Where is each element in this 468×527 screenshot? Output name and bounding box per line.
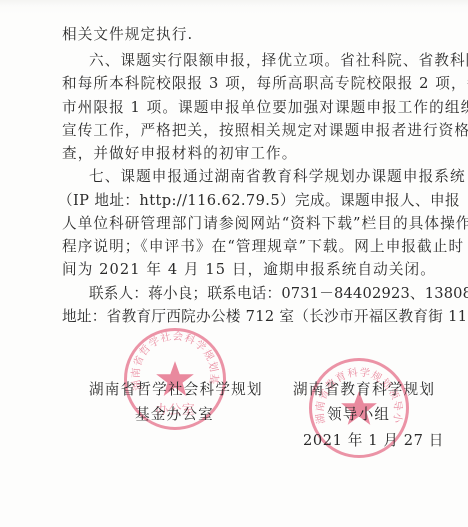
signature-right-line2: 领导小组 — [327, 406, 390, 424]
signature-right-line1: 湖南省教育科学规划 — [293, 381, 435, 399]
document-date: 2021 年 1 月 27 日 — [303, 432, 444, 450]
signature-left-line1: 湖南省哲学社会科学规划 — [89, 381, 263, 399]
document-page: 相关文件规定执行. 六、课题实行限额申报，择优立项。省社科院、省教科院 和每所本… — [0, 0, 468, 527]
contact-line: 联系人：蒋小良；联系电话：0731－84402923、13808473635； — [89, 285, 424, 303]
paragraph-line: （IP 地址：http://116.62.79.5）完成。课题申报人、申报 — [58, 192, 424, 210]
paragraph-line: 间为 2021 年 4 月 15 日，逾期申报系统自动关闭。 — [62, 261, 424, 279]
paragraph-line: 相关文件规定执行. — [62, 26, 424, 44]
paragraph-line: 人单位科研管理部门请参阅网站“资料下载”栏目的具体操作 — [62, 215, 424, 233]
paragraph-line: 七、课题申报通过湖南省教育科学规划办课题申报系统 — [89, 168, 424, 186]
signature-left-line2: 基金办公室 — [135, 406, 214, 424]
address-line: 地址：省教育厅西院办公楼 712 室（长沙市开福区教育街 11 号）. — [62, 308, 424, 326]
paragraph-line: 查，并做好申报材料的初审工作。 — [62, 145, 424, 163]
paragraph-line: 六、课题实行限额申报，择优立项。省社科院、省教科院 — [89, 52, 424, 70]
paragraph-line: 市州限报 1 项。课题申报单位要加强对课题申报工作的组织和 — [62, 99, 424, 117]
paragraph-line: 和每所本科院校限报 3 项，每所高职高专院校限报 2 项，每个 — [62, 75, 424, 93]
paragraph-line: 宣传工作，严格把关，按照相关规定对课题申报者进行资格审 — [62, 122, 424, 140]
paragraph-line: 程序说明；《申评书》在“管理规章”下载。网上申报截止时 — [62, 238, 424, 256]
